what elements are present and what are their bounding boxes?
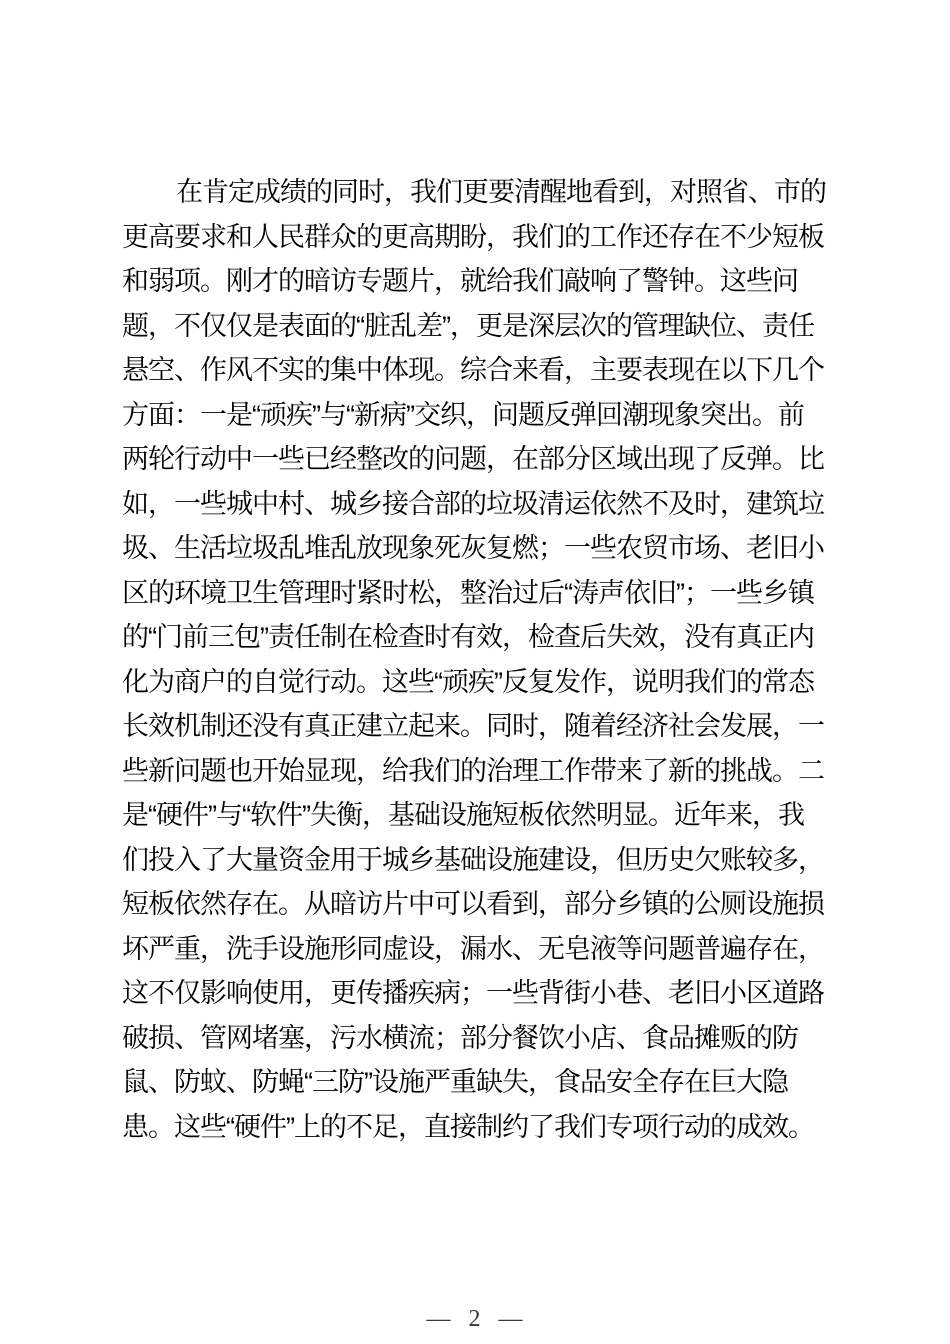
paragraph-line: 两轮行动中一些已经整改的问题，在部分区域出现了反弹。比 [122,437,834,482]
paragraph-line: 题，不仅仅是表面的“脏乱差”，更是深层次的管理缺位、责任 [122,304,834,349]
document-body-text: 在肯定成绩的同时，我们更要清醒地看到，对照省、市的更高要求和人民群众的更高期盼，… [122,170,834,1149]
paragraph-line: 短板依然存在。从暗访片中可以看到，部分乡镇的公厕设施损 [122,882,834,927]
paragraph-line: 悬空、作风不实的集中体现。综合来看，主要表现在以下几个 [122,348,834,393]
paragraph-line: 如，一些城中村、城乡接合部的垃圾清运依然不及时，建筑垃 [122,482,834,527]
page-number: — 2 — [427,1306,524,1332]
paragraph-line: 的“门前三包”责任制在检查时有效，检查后失效，没有真正内 [122,615,834,660]
paragraph-line: 方面：一是“顽疾”与“新病”交织，问题反弹回潮现象突出。前 [122,393,834,438]
page-footer: — 2 — [0,1306,950,1333]
paragraph-line: 在肯定成绩的同时，我们更要清醒地看到，对照省、市的 [122,170,834,215]
paragraph-line: 破损、管网堵塞，污水横流；部分餐饮小店、食品摊贩的防 [122,1016,834,1061]
paragraph-line: 们投入了大量资金用于城乡基础设施建设，但历史欠账较多， [122,838,834,883]
paragraph-line: 鼠、防蚊、防蝇“三防”设施严重缺失，食品安全存在巨大隐 [122,1060,834,1105]
paragraph-line: 长效机制还没有真正建立起来。同时，随着经济社会发展，一 [122,704,834,749]
paragraph-line: 患。这些“硬件”上的不足，直接制约了我们专项行动的成效。 [122,1105,834,1150]
paragraph-line: 圾、生活垃圾乱堆乱放现象死灰复燃；一些农贸市场、老旧小 [122,526,834,571]
paragraph-line: 坏严重，洗手设施形同虚设，漏水、无皂液等问题普遍存在， [122,927,834,972]
paragraph-line: 化为商户的自觉行动。这些“顽疾”反复发作，说明我们的常态 [122,660,834,705]
paragraph-line: 更高要求和人民群众的更高期盼，我们的工作还存在不少短板 [122,215,834,260]
paragraph-line: 是“硬件”与“软件”失衡，基础设施短板依然明显。近年来，我 [122,793,834,838]
document-page: 在肯定成绩的同时，我们更要清醒地看到，对照省、市的更高要求和人民群众的更高期盼，… [0,0,950,1344]
paragraph-line: 和弱项。刚才的暗访专题片，就给我们敲响了警钟。这些问 [122,259,834,304]
paragraph-line: 些新问题也开始显现，给我们的治理工作带来了新的挑战。二 [122,749,834,794]
paragraph-line: 这不仅影响使用，更传播疾病；一些背街小巷、老旧小区道路 [122,971,834,1016]
paragraph-line: 区的环境卫生管理时紧时松，整治过后“涛声依旧”；一些乡镇 [122,571,834,616]
